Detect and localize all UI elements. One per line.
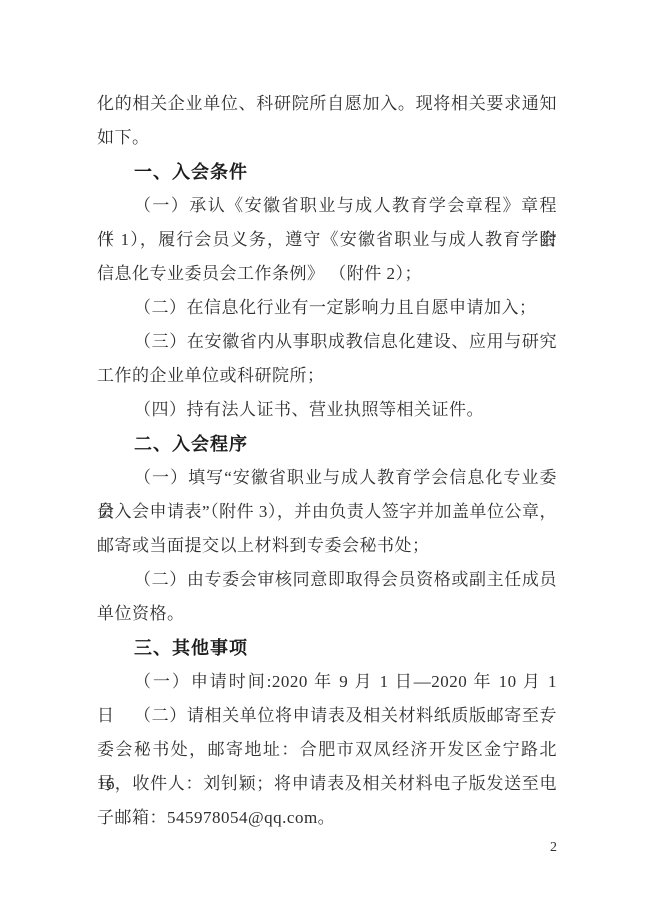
document-page: 化的相关企业单位、科研院所自愿加入。现将相关要求通知 如下。 一、入会条件 （一…	[0, 0, 652, 900]
body-line: （三）在安徽省内从事职成教信息化建设、应用与研究	[97, 325, 557, 359]
body-line: （二）由专委会审核同意即取得会员资格或副主任成员	[97, 563, 557, 597]
body-line: 工作的企业单位或科研院所；	[97, 359, 557, 393]
body-line: 委会秘书处，邮寄地址：合肥市双凤经济开发区金宁路北 16	[97, 733, 557, 767]
page-number: 2	[97, 833, 557, 863]
body-line: 号，收件人：刘钊颖；将申请表及相关材料电子版发送至电	[97, 767, 557, 801]
body-line: 单位资格。	[97, 597, 557, 631]
body-line: 如下。	[97, 121, 557, 155]
body-line: 邮寄或当面提交以上材料到专委会秘书处；	[97, 529, 557, 563]
body-line: 会入会申请表”（附件 3），并由负责人签字并加盖单位公章，	[97, 495, 557, 529]
page-content: 化的相关企业单位、科研院所自愿加入。现将相关要求通知 如下。 一、入会条件 （一…	[97, 87, 557, 835]
body-line: （二）请相关单位将申请表及相关材料纸质版邮寄至专	[97, 699, 557, 733]
body-line: 信息化专业委员会工作条例》 （附件 2）；	[97, 257, 557, 291]
heading-other-matters: 三、其他事项	[97, 631, 557, 665]
body-line: （一）承认《安徽省职业与成人教育学会章程》章程（附	[97, 189, 557, 223]
heading-membership-conditions: 一、入会条件	[97, 155, 557, 189]
body-line: 子邮箱：545978054@qq.com。	[97, 801, 557, 835]
body-line: 化的相关企业单位、科研院所自愿加入。现将相关要求通知	[97, 87, 557, 121]
heading-membership-procedure: 二、入会程序	[97, 427, 557, 461]
body-line: （四）持有法人证书、营业执照等相关证件。	[97, 393, 557, 427]
body-line: （一）填写“安徽省职业与成人教育学会信息化专业委员	[97, 461, 557, 495]
body-line: 件 1），履行会员义务，遵守《安徽省职业与成人教育学会	[97, 223, 557, 257]
body-line: （二）在信息化行业有一定影响力且自愿申请加入；	[97, 291, 557, 325]
body-line: （一）申请时间:2020 年 9 月 1 日—2020 年 10 月 1 日；	[97, 665, 557, 699]
